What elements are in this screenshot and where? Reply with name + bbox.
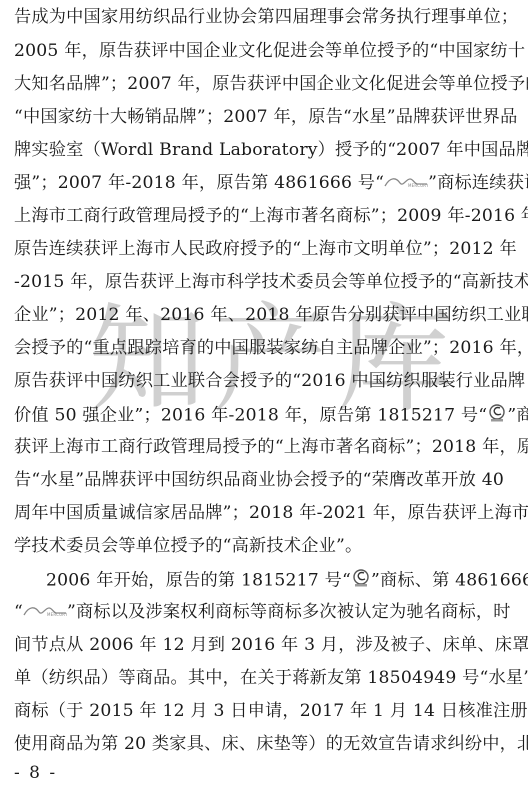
- text-segment: ”商标连续获评: [428, 173, 528, 193]
- text-line: 告成为中国家用纺织品行业协会第四届理事会常务执行理事单位；: [14, 6, 504, 28]
- page-number: - 8 -: [14, 762, 57, 784]
- text-segment: “: [14, 602, 23, 622]
- text-line: 间节点从 2006 年 12 月到 2016 年 3 月，涉及被子、床单、床罩、…: [14, 634, 504, 656]
- text-line: 原告获评中国纺织工业联合会授予的“2016 中国纺织服装行业品牌: [14, 370, 504, 392]
- text-line: 商标（于 2015 年 12 月 3 日申请，2017 年 1 月 14 日核准…: [14, 700, 504, 722]
- svg-text:MERCURY: MERCURY: [47, 612, 67, 617]
- text-line: “MERCURY”商标以及涉案权利商标等商标多次被认定为驰名商标，时: [14, 601, 504, 623]
- text-line: 牌实验室（Wordl Brand Laboratory）授予的“2007 年中国…: [14, 139, 504, 161]
- text-line: 2005 年，原告获评中国企业文化促进会等单位授予的“中国家纺十: [14, 40, 504, 62]
- document-page: 知产库 告成为中国家用纺织品行业协会第四届理事会常务执行理事单位； 2005 年…: [0, 0, 528, 789]
- text-line: 单（纺织品）等商品。其中，在关于蒋新友第 18504949 号“水星”: [14, 667, 504, 689]
- text-line: 上海市工商行政管理局授予的“上海市著名商标”；2009 年-2016 年，: [14, 205, 504, 227]
- text-line: 会授予的“重点跟踪培育的中国服装家纺自主品牌企业”；2016 年，: [14, 337, 504, 359]
- text-line: 周年中国质量诚信家居品牌”；2018 年-2021 年，原告获评上海市科: [14, 502, 504, 524]
- text-segment: ”商标以及涉案权利商标等商标多次被认定为驰名商标，时: [67, 602, 511, 622]
- trademark-1815217-round-logo-icon: [487, 403, 507, 429]
- trademark-4861666-wave-logo-icon: MERCURY: [23, 602, 67, 624]
- text-line: 强”；2007 年-2018 年，原告第 4861666 号“MERCURY”商…: [14, 172, 504, 194]
- text-segment: 价值 50 强企业”；2016 年-2018 年，原告第 1815217 号“: [14, 406, 487, 426]
- text-line: 学技术委员会等单位授予的“高新技术企业”。: [14, 535, 504, 557]
- text-line: 使用商品为第 20 类家具、床、床垫等）的无效宣告请求纠纷中，北: [14, 733, 504, 755]
- text-segment: ”商标、第 4861666 号: [371, 571, 528, 591]
- text-segment: 2006 年开始，原告的第 1815217 号“: [46, 571, 351, 591]
- text-line: 原告连续获评上海市人民政府授予的“上海市文明单位”；2012 年: [14, 238, 504, 260]
- text-segment: 强”；2007 年-2018 年，原告第 4861666 号“: [14, 173, 384, 193]
- text-line: 2006 年开始，原告的第 1815217 号“”商标、第 4861666 号: [46, 568, 504, 590]
- text-line: 获评上海市工商行政管理局授予的“上海市著名商标”；2018 年，原: [14, 436, 504, 458]
- text-line: 告“水星”品牌获评中国纺织品商业协会授予的“荣膺改革开放 40: [14, 469, 504, 491]
- trademark-1815217-round-logo-icon: [351, 568, 371, 594]
- text-line: 企业”；2012 年、2016 年、2018 年原告分别获评中国纺织工业联合: [14, 304, 504, 326]
- text-segment: ”商标: [507, 406, 528, 426]
- text-line: 价值 50 强企业”；2016 年-2018 年，原告第 1815217 号“”…: [14, 403, 504, 425]
- trademark-4861666-wave-logo-icon: MERCURY: [384, 173, 428, 195]
- text-line: “中国家纺十大畅销品牌”；2007 年，原告“水星”品牌获评世界品: [14, 106, 504, 128]
- text-line: -2015 年，原告获评上海市科学技术委员会等单位授予的“高新技术: [14, 271, 504, 293]
- svg-text:MERCURY: MERCURY: [408, 183, 428, 188]
- text-line: 大知名品牌”；2007 年，原告获评中国企业文化促进会等单位授予的: [14, 73, 504, 95]
